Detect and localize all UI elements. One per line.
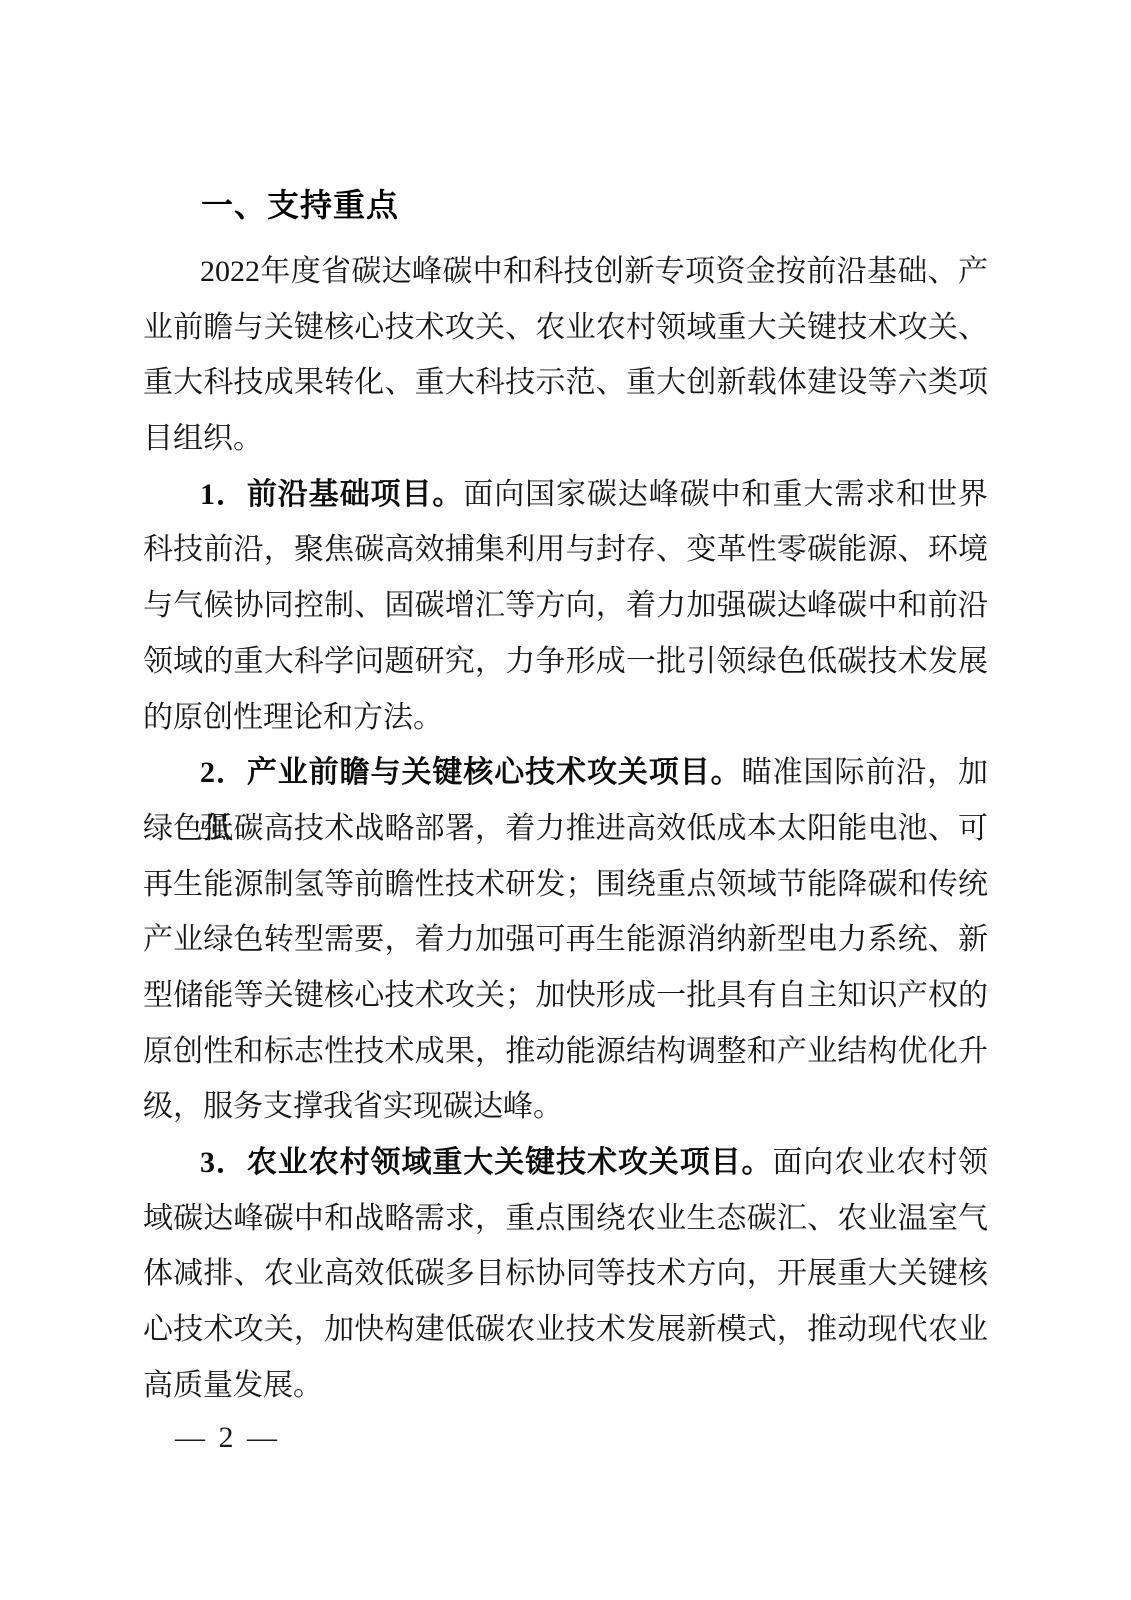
body-text: 型储能等关键核心技术攻关；加快形成一批具有自主知识产权的 bbox=[143, 979, 988, 1012]
body-text: 绿色低碳高技术战略部署，着力推进高效低成本太阳能电池、可 bbox=[143, 812, 988, 845]
body-text: 原创性和标志性技术成果，推动能源结构调整和产业结构优化升 bbox=[143, 1035, 988, 1068]
lead-text: 1．前沿基础项目。 bbox=[200, 478, 463, 511]
text-line: 体减排、农业高效低碳多目标协同等技术方向，开展重大关键核 bbox=[143, 1246, 988, 1302]
text-line: 级，服务支撑我省实现碳达峰。 bbox=[143, 1079, 988, 1135]
text-line: 域碳达峰碳中和战略需求，重点围绕农业生态碳汇、农业温室气 bbox=[143, 1191, 988, 1247]
text-line: 1．前沿基础项目。面向国家碳达峰碳中和重大需求和世界 bbox=[143, 467, 988, 523]
body-text: 2022年度省碳达峰碳中和科技创新专项资金按前沿基础、产 bbox=[200, 255, 988, 288]
body-text: 再生能源制氢等前瞻性技术研发；围绕重点领域节能降碳和传统 bbox=[143, 868, 988, 901]
body-text: 与气候协同控制、固碳增汇等方向，着力加强碳达峰碳中和前沿 bbox=[143, 589, 988, 622]
text-line: 3．农业农村领域重大关键技术攻关项目。面向农业农村领 bbox=[143, 1135, 988, 1191]
document-page: 一、支持重点 2022年度省碳达峰碳中和科技创新专项资金按前沿基础、产业前瞻与关… bbox=[0, 0, 1131, 1600]
text-line: 绿色低碳高技术战略部署，着力推进高效低成本太阳能电池、可 bbox=[143, 801, 988, 857]
body-text: 面向农业农村领 bbox=[772, 1146, 988, 1179]
body-text: 级，服务支撑我省实现碳达峰。 bbox=[143, 1090, 563, 1123]
text-line: 的原创性理论和方法。 bbox=[143, 690, 988, 746]
text-line: 心技术攻关，加快构建低碳农业技术发展新模式，推动现代农业 bbox=[143, 1302, 988, 1358]
body-text: 目组织。 bbox=[143, 422, 263, 455]
body-text: 科技前沿，聚焦碳高效捕集利用与封存、变革性零碳能源、环境 bbox=[143, 533, 988, 566]
text-line: 目组织。 bbox=[143, 411, 988, 467]
text-line: 原创性和标志性技术成果，推动能源结构调整和产业结构优化升 bbox=[143, 1024, 988, 1080]
body-text: 领域的重大科学问题研究，力争形成一批引领绿色低碳技术发展 bbox=[143, 645, 988, 678]
body-text: 重大科技成果转化、重大科技示范、重大创新载体建设等六类项 bbox=[143, 366, 988, 399]
page-number: — 2 — bbox=[175, 1416, 280, 1460]
lead-text: 3．农业农村领域重大关键技术攻关项目。 bbox=[200, 1146, 772, 1179]
text-line: 领域的重大科学问题研究，力争形成一批引领绿色低碳技术发展 bbox=[143, 634, 988, 690]
body-text: 产业绿色转型需要，着力加强可再生能源消纳新型电力系统、新 bbox=[143, 923, 988, 956]
text-line: 型储能等关键核心技术攻关；加快形成一批具有自主知识产权的 bbox=[143, 968, 988, 1024]
body-text: 面向国家碳达峰碳中和重大需求和世界 bbox=[463, 478, 988, 511]
lead-text: 2．产业前瞻与关键核心技术攻关项目。 bbox=[200, 756, 742, 789]
text-line: 再生能源制氢等前瞻性技术研发；围绕重点领域节能降碳和传统 bbox=[143, 857, 988, 913]
text-line: 2022年度省碳达峰碳中和科技创新专项资金按前沿基础、产 bbox=[143, 244, 988, 300]
text-line: 科技前沿，聚焦碳高效捕集利用与封存、变革性零碳能源、环境 bbox=[143, 522, 988, 578]
text-line: 重大科技成果转化、重大科技示范、重大创新载体建设等六类项 bbox=[143, 355, 988, 411]
text-line: 与气候协同控制、固碳增汇等方向，着力加强碳达峰碳中和前沿 bbox=[143, 578, 988, 634]
body-text: 域碳达峰碳中和战略需求，重点围绕农业生态碳汇、农业温室气 bbox=[143, 1202, 988, 1235]
document-body: 2022年度省碳达峰碳中和科技创新专项资金按前沿基础、产业前瞻与关键核心技术攻关… bbox=[143, 244, 988, 1413]
body-text: 高质量发展。 bbox=[143, 1369, 323, 1402]
text-line: 业前瞻与关键核心技术攻关、农业农村领域重大关键技术攻关、 bbox=[143, 300, 988, 356]
body-text: 业前瞻与关键核心技术攻关、农业农村领域重大关键技术攻关、 bbox=[143, 311, 988, 344]
text-line: 产业绿色转型需要，着力加强可再生能源消纳新型电力系统、新 bbox=[143, 912, 988, 968]
body-text: 体减排、农业高效低碳多目标协同等技术方向，开展重大关键核 bbox=[143, 1257, 988, 1290]
text-line: 高质量发展。 bbox=[143, 1358, 988, 1414]
body-text: 心技术攻关，加快构建低碳农业技术发展新模式，推动现代农业 bbox=[143, 1313, 988, 1346]
text-line: 2．产业前瞻与关键核心技术攻关项目。瞄准国际前沿，加强 bbox=[143, 745, 988, 801]
document-content: 一、支持重点 2022年度省碳达峰碳中和科技创新专项资金按前沿基础、产业前瞻与关… bbox=[143, 177, 988, 1413]
body-text: 的原创性理论和方法。 bbox=[143, 701, 443, 734]
section-heading: 一、支持重点 bbox=[143, 177, 988, 233]
